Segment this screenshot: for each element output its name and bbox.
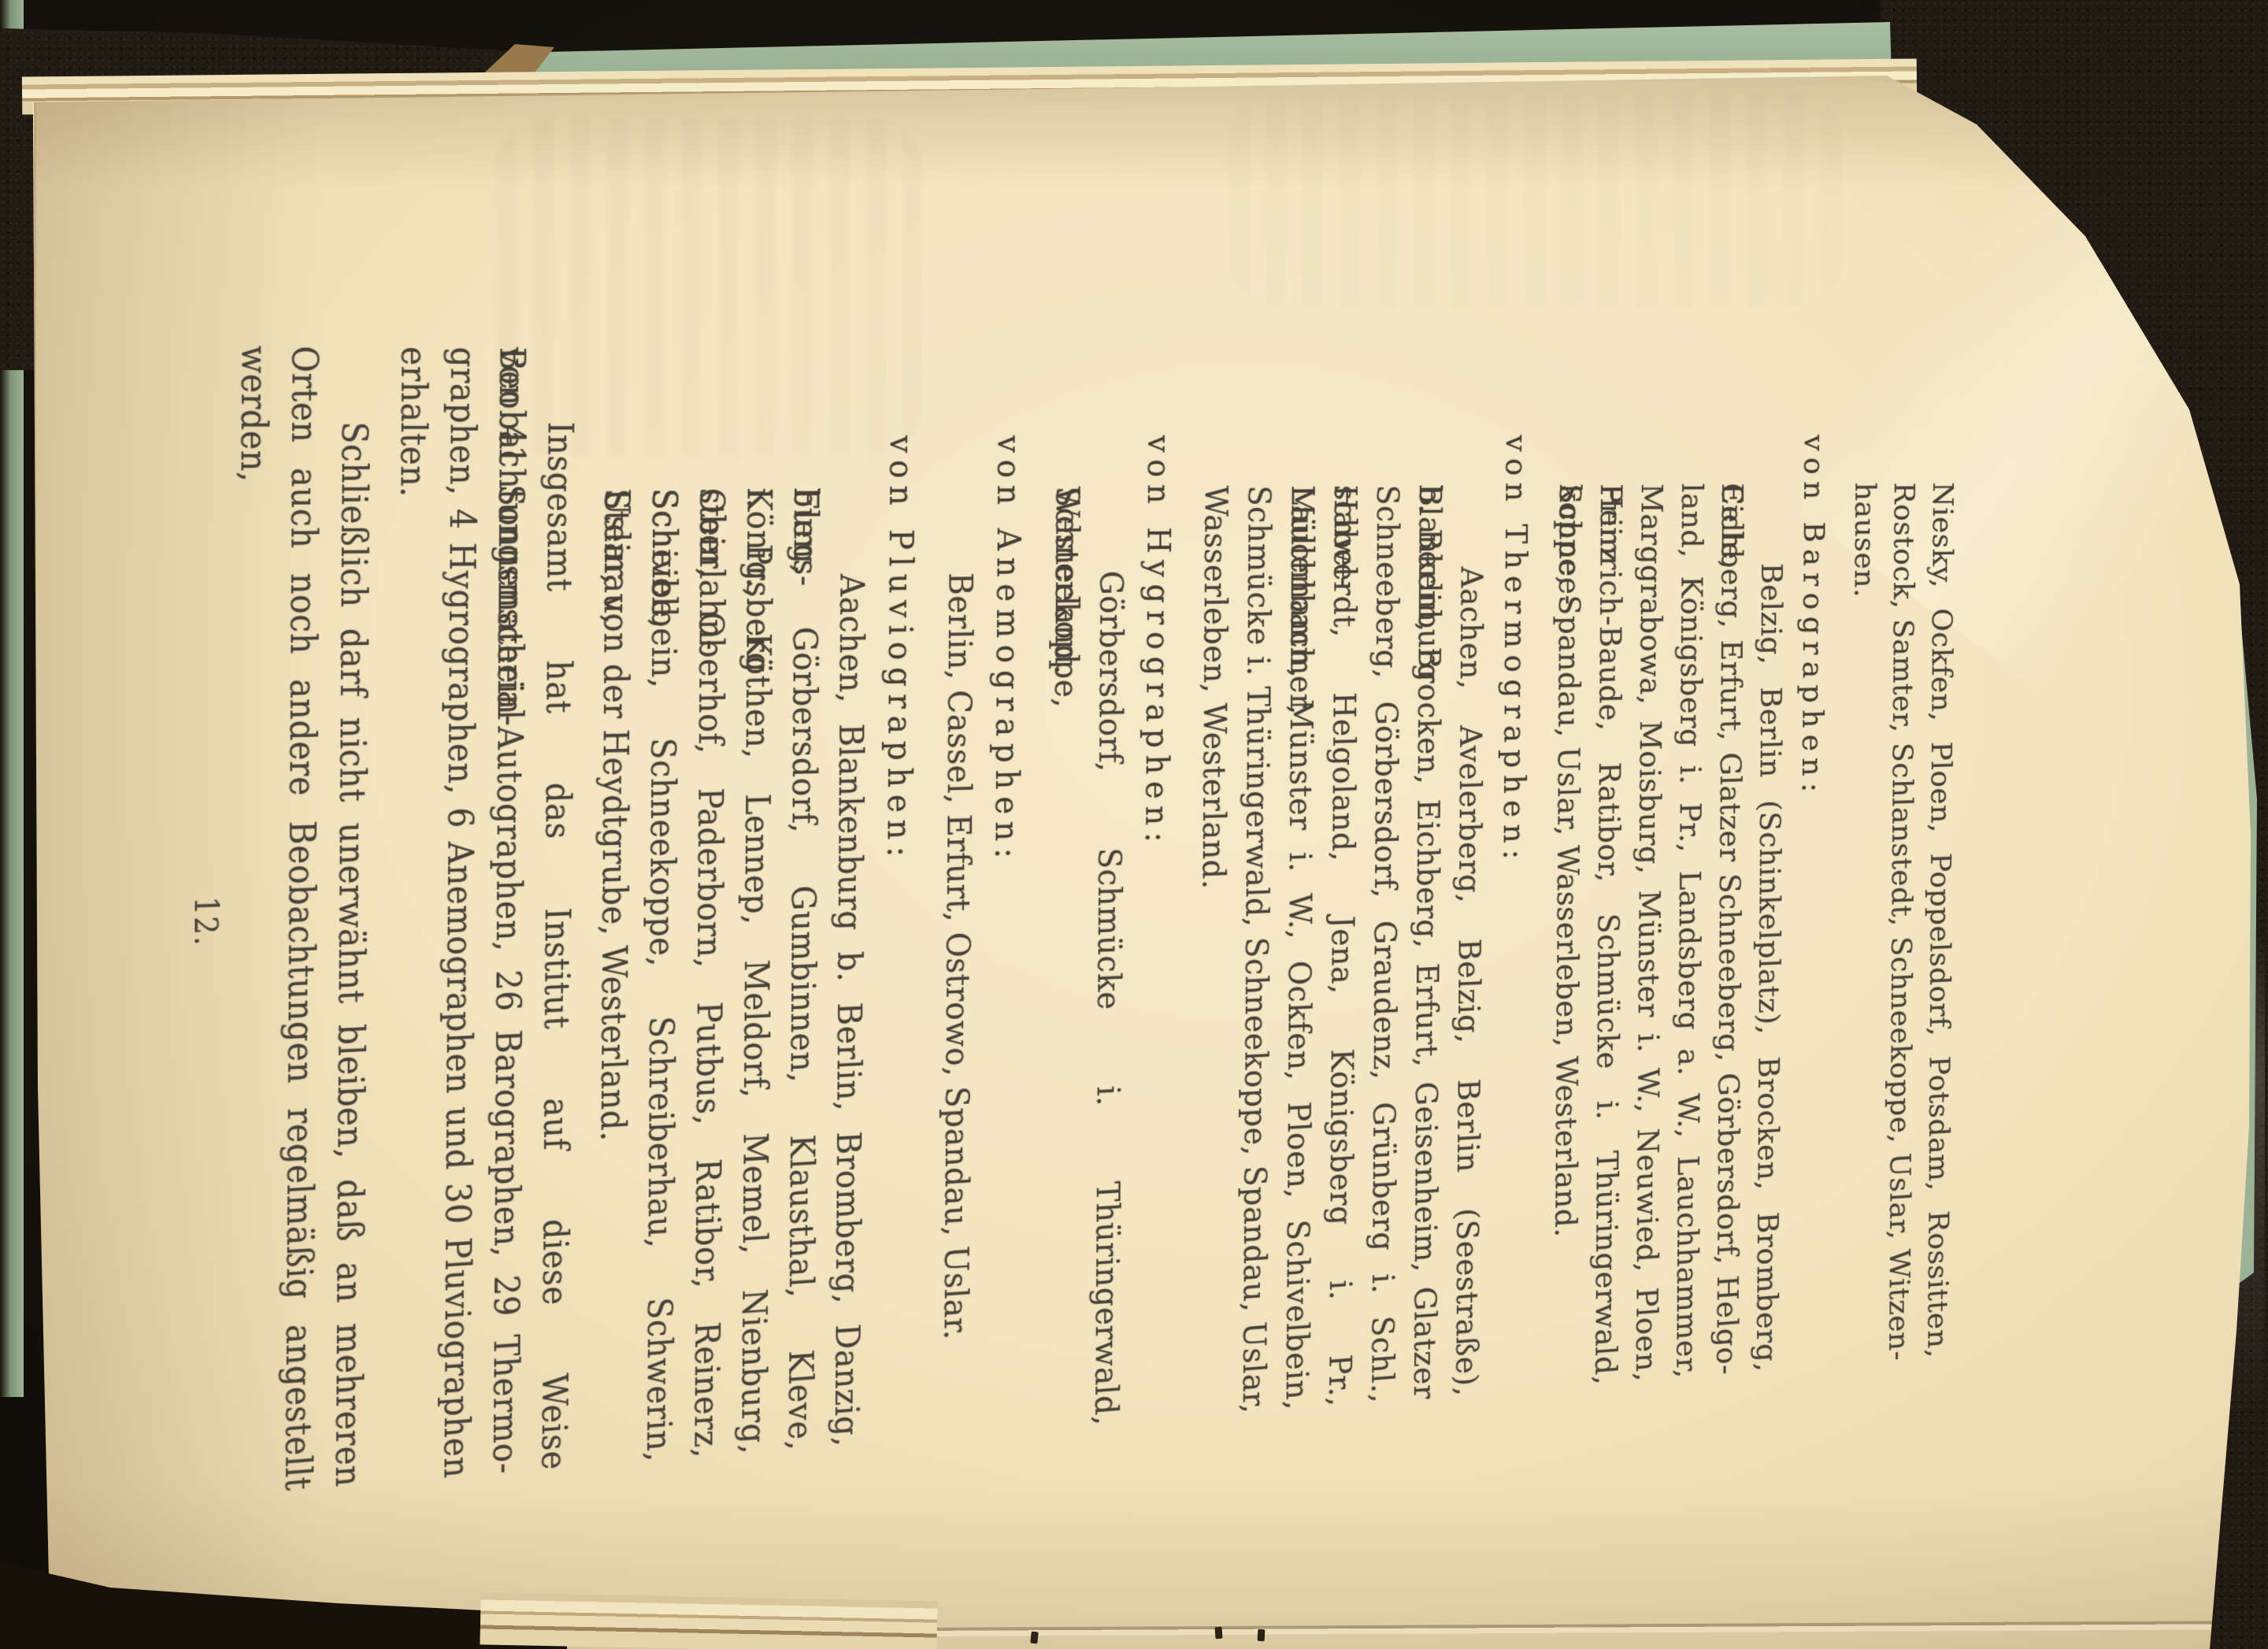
text-line: Heinrich-Baude, Ratibor, Schmücke i. Thü… <box>1584 354 1632 1386</box>
text-line: Belzig, Berlin (Schinkelplatz), Brocken,… <box>1747 354 1792 1373</box>
text-line: Schneeberg, Görbersdorf, Graudenz, Grünb… <box>1361 352 1410 1404</box>
text-line: Niesky, Ockfen, Ploen, Poppelsdorf, Pots… <box>1918 356 1962 1359</box>
page-number: 12. <box>176 345 234 1500</box>
text-line: Eichberg, Erfurt, Glatzer Schneeberg, Gö… <box>1707 354 1753 1377</box>
text-line: Schmücke i. Thüringerwald, Schneekoppe, … <box>1232 351 1281 1414</box>
text-line: burg, Görbersdorf, Gumbinnen, Klausthal,… <box>776 349 830 1452</box>
text-line: Berlin, Cassel, Erfurt, Ostrowo, Spandau… <box>932 350 984 1440</box>
text-line: erhalten. <box>382 346 439 1484</box>
text-line: Orten auch noch andere Beobachtungen reg… <box>272 346 330 1493</box>
section-heading-line: von Thermographen: <box>1489 353 1537 1394</box>
section-heading-line: von Hygrographen: <box>1131 351 1181 1424</box>
binding-notch <box>1258 1629 1266 1641</box>
text-line: graphen, 4 Hygrographen, 6 Anemographen … <box>432 346 487 1480</box>
text-line: Aachen, Avelerberg, Belzig, Berlin (Sees… <box>1445 353 1493 1398</box>
section-heading-line: von Pluviographen: <box>872 350 925 1444</box>
text-line: i. Pr., Köthen, Lennep, Meldorf, Memel, … <box>729 348 783 1455</box>
text-line: koppe, Spandau, Uslar, Wasserleben, West… <box>1543 354 1591 1390</box>
text-line: von 41 Sonnenschein-Autographen, 26 Baro… <box>480 347 536 1477</box>
text-line: Schivelbein, Schneekoppe, Schreiberhau, … <box>635 348 689 1464</box>
binding-notch <box>1214 1627 1222 1640</box>
text-line: Rostock, Samter, Schlanstedt, Schneekopp… <box>1879 355 1924 1362</box>
text-line: Görbersdorf, Schmücke i. Thüringerwald, … <box>1084 350 1135 1427</box>
text-block: Niesky, Ockfen, Ploen, Poppelsdorf, Pots… <box>176 345 1962 1500</box>
section-heading-line: von Barographen: <box>1788 355 1834 1370</box>
text-line: stein, Oberhof, Paderborn, Putbus, Ratib… <box>682 348 736 1459</box>
text-line: Aachen, Blankenburg b. Berlin, Bromberg,… <box>823 349 876 1448</box>
text-line: schwerdt, Helgoland, Jena, Königsberg i.… <box>1318 352 1367 1408</box>
text-line: Westerland. <box>1039 350 1090 1431</box>
text-line: Insgesamt hat das Institut auf diese Wei… <box>529 347 584 1472</box>
text-line: Schließlich darf nicht unerwähnt bleiben… <box>323 346 380 1488</box>
text-line: hausen. <box>1840 355 1884 1366</box>
page-stack-edges-bottom <box>480 1592 937 1649</box>
text-line: Müllenbach, Münster i. W., Ockfen, Ploen… <box>1275 352 1325 1412</box>
binding-notch <box>1030 1632 1039 1644</box>
text-line: b. Berlin, Brocken, Eichberg, Erfurt, Ge… <box>1403 353 1452 1401</box>
text-line: land, Königsberg i. Pr., Landsberg a. W.… <box>1666 354 1713 1380</box>
photo-of-open-book: Niesky, Ockfen, Ploen, Poppelsdorf, Pots… <box>0 0 2268 1649</box>
text-line: Uslar, von der Heydtgrube, Westerland. <box>587 347 642 1467</box>
book-page: Niesky, Ockfen, Ploen, Poppelsdorf, Pots… <box>0 0 2268 1649</box>
text-line: Marggrabowa, Moisburg, Münster i. W., Ne… <box>1625 354 1672 1383</box>
section-heading-line: von Anemographen: <box>980 350 1032 1435</box>
text-line: Wasserleben, Westerland. <box>1188 351 1239 1418</box>
show-through-text-ghost <box>1228 94 1843 307</box>
